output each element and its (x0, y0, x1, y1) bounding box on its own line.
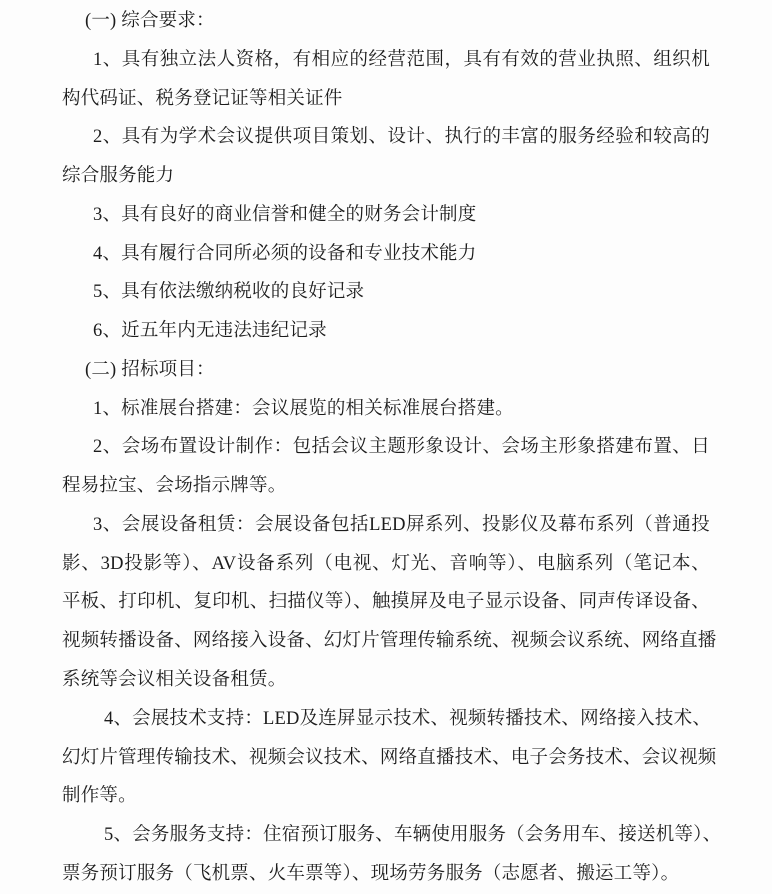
text-line: 构代码证、税务登记证等相关证件 (62, 80, 710, 119)
text-line: 制作等。 (62, 777, 710, 816)
text-line: 5、会务服务支持：住宿预订服务、车辆使用服务（会务用车、接送机等）、 (62, 816, 710, 855)
text-line: 平板、打印机、复印机、扫描仪等）、触摸屏及电子显示设备、同声传译设备、 (62, 583, 710, 622)
text-line: 1、具有独立法人资格，有相应的经营范围，具有有效的营业执照、组织机 (62, 41, 710, 80)
text-line: 2、会场布置设计制作：包括会议主题形象设计、会场主形象搭建布置、日 (62, 428, 710, 467)
text-line: 系统等会议相关设备租赁。 (62, 661, 710, 700)
text-line: 2、具有为学术会议提供项目策划、设计、执行的丰富的服务经验和较高的 (62, 118, 710, 157)
text-line: 综合服务能力 (62, 157, 710, 196)
text-line: 3、会展设备租赁：会展设备包括LED屏系列、投影仪及幕布系列（普通投 (62, 506, 710, 545)
section-1-heading: (一) 综合要求： (62, 2, 710, 41)
text-line: 影、3D投影等）、AV设备系列（电视、灯光、音响等）、电脑系列（笔记本、 (62, 545, 710, 584)
text-line: 4、会展技术支持：LED及连屏显示技术、视频转播技术、网络接入技术、 (62, 700, 710, 739)
text-line: 3、具有良好的商业信誉和健全的财务会计制度 (62, 196, 710, 235)
section-2-heading: (二) 招标项目： (62, 351, 710, 390)
text-line: 幻灯片管理传输技术、视频会议技术、网络直播技术、电子会务技术、会议视频 (62, 739, 710, 778)
text-line: 程易拉宝、会场指示牌等。 (62, 467, 710, 506)
text-line: 4、具有履行合同所必须的设备和专业技术能力 (62, 235, 710, 274)
text-line: 6、近五年内无违法违纪记录 (62, 312, 710, 351)
text-line: 票务预订服务（飞机票、火车票等）、现场劳务服务（志愿者、搬运工等）。 (62, 855, 710, 894)
text-line: 视频转播设备、网络接入设备、幻灯片管理传输系统、视频会议系统、网络直播 (62, 622, 710, 661)
text-line: 1、标准展台搭建：会议展览的相关标准展台搭建。 (62, 390, 710, 429)
text-line: 5、具有依法缴纳税收的良好记录 (62, 273, 710, 312)
document-page: (一) 综合要求： 1、具有独立法人资格，有相应的经营范围，具有有效的营业执照、… (0, 0, 772, 894)
